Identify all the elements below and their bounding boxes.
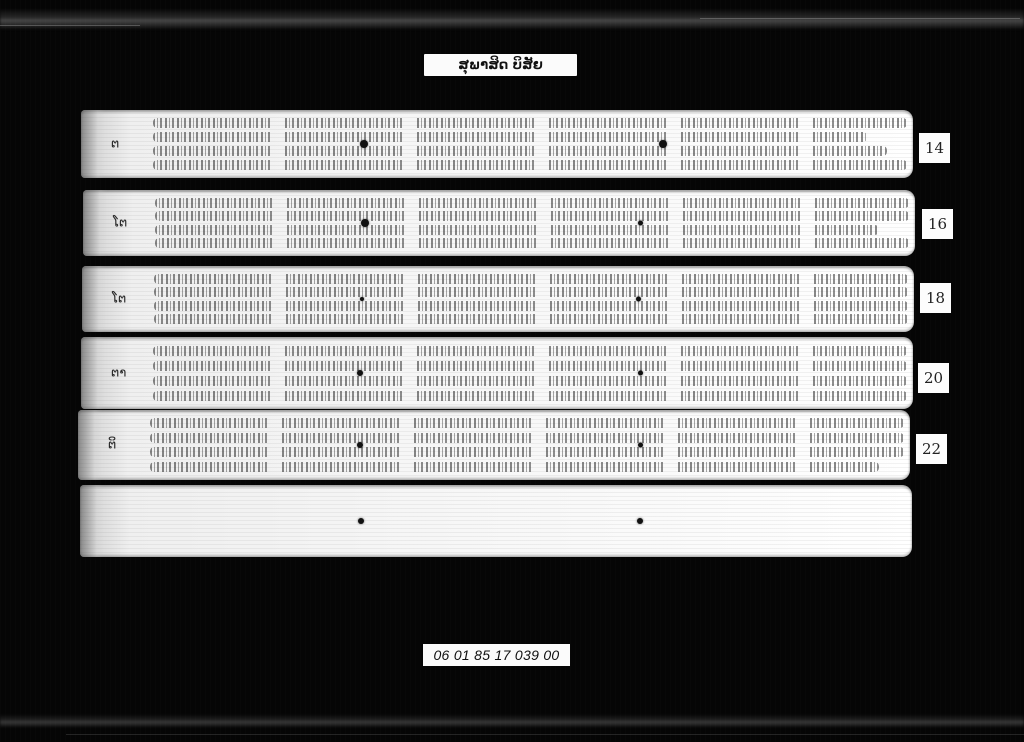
script-line <box>154 287 908 297</box>
leaf-edge <box>82 266 106 332</box>
binding-hole <box>360 297 364 301</box>
palm-leaf-5: ຕິ <box>78 410 910 480</box>
palm-leaf-2: ໂຕ <box>83 190 915 256</box>
script-line <box>153 361 907 371</box>
script-line <box>150 418 904 428</box>
page-number: 18 <box>926 289 945 307</box>
script-line <box>153 160 907 170</box>
page-number-tag: 20 <box>918 363 949 393</box>
film-scratch <box>66 734 1024 735</box>
script-line <box>150 433 904 443</box>
binding-hole <box>659 140 667 148</box>
script-line <box>155 198 909 208</box>
script-line <box>153 132 867 142</box>
page-number-tag: 22 <box>916 434 947 464</box>
page-number-tag: 14 <box>919 133 950 163</box>
page-number: 20 <box>924 369 943 387</box>
script-line <box>155 211 909 221</box>
palm-leaf-1: ຕ <box>81 110 913 178</box>
binding-hole <box>637 518 643 524</box>
binding-hole <box>357 370 363 376</box>
film-edge-bottom <box>0 714 1024 728</box>
leaf-folio-numeral: ຕາ <box>111 366 126 381</box>
script-line <box>153 391 907 401</box>
binding-hole <box>357 442 363 448</box>
script-line <box>150 447 904 457</box>
script-line <box>155 225 879 235</box>
leaf-edge <box>83 190 107 256</box>
binding-hole <box>638 221 643 226</box>
manuscript-text-block <box>153 343 907 403</box>
binding-hole <box>361 219 369 227</box>
script-line <box>153 118 907 128</box>
leaf-edge <box>80 485 104 557</box>
manuscript-title: ສຸພາສິດ ບິສັຍ <box>458 58 542 73</box>
script-line <box>153 146 887 156</box>
archive-reference-label: 06 01 85 17 039 00 <box>423 644 570 666</box>
leaf-folio-numeral: ໂຕ <box>112 292 126 307</box>
script-line <box>153 346 907 356</box>
manuscript-text-block <box>154 272 908 326</box>
binding-hole <box>636 297 641 302</box>
page-number: 14 <box>925 139 944 157</box>
binding-hole <box>358 518 364 524</box>
leaf-edge <box>81 110 105 178</box>
binding-hole <box>638 371 643 376</box>
page-number: 22 <box>922 440 941 458</box>
manuscript-title-label: ສຸພາສິດ ບິສັຍ <box>424 54 577 76</box>
leaf-edge <box>78 410 102 480</box>
page-number: 16 <box>928 215 947 233</box>
manuscript-text-block <box>150 416 904 474</box>
script-line <box>154 274 908 284</box>
leaf-folio-numeral: ໂຕ <box>113 216 127 231</box>
palm-leaf-3: ໂຕ <box>82 266 914 332</box>
archive-reference-code: 06 01 85 17 039 00 <box>433 647 559 663</box>
script-line <box>153 376 907 386</box>
palm-leaf-6-blank <box>80 485 912 557</box>
script-line <box>154 301 908 311</box>
script-line <box>155 238 909 248</box>
manuscript-text-block <box>155 196 909 250</box>
page-number-tag: 18 <box>920 283 951 313</box>
binding-hole <box>638 443 643 448</box>
leaf-edge <box>81 337 105 409</box>
film-scratch <box>0 25 140 26</box>
film-scratch <box>700 18 1020 19</box>
microfilm-scan: ສຸພາສິດ ບິສັຍ ຕ 14 ໂຕ 16 ໂຕ <box>0 0 1024 742</box>
binding-hole <box>360 140 368 148</box>
manuscript-text-block <box>153 116 907 172</box>
leaf-folio-numeral: ຕິ <box>108 438 116 453</box>
script-line <box>154 314 908 324</box>
film-edge-top <box>0 8 1024 30</box>
palm-leaf-4: ຕາ <box>81 337 913 409</box>
page-number-tag: 16 <box>922 209 953 239</box>
script-line <box>150 462 879 472</box>
leaf-folio-numeral: ຕ <box>111 137 119 152</box>
